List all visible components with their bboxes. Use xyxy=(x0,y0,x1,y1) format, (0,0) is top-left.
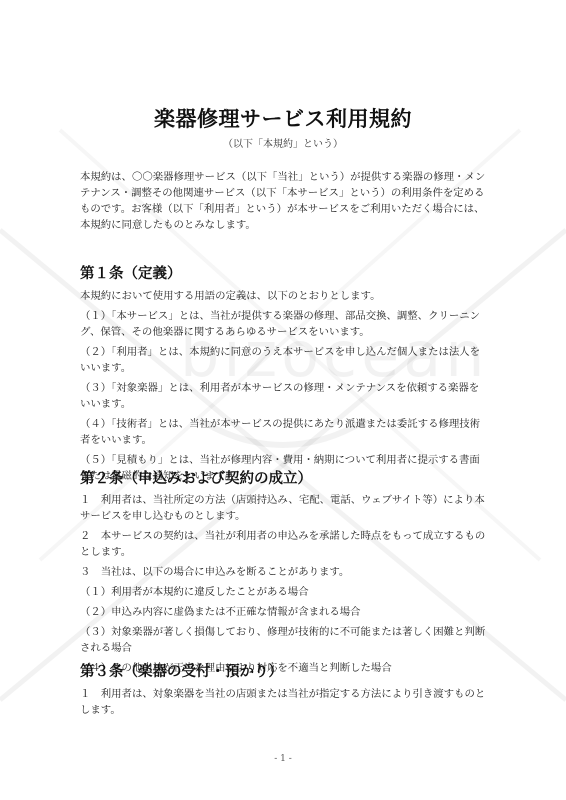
article-2-heading: 第２条（申込みおよび契約の成立） xyxy=(80,467,312,488)
article-2-item-3: ３ 当社は、以下の場合に申込みを断ることがあります。 xyxy=(80,564,486,580)
article-1-body: 本規約において使用する用語の定義は、以下のとおりとします。 （１）「本サービス」… xyxy=(80,288,486,488)
article-2-subitem-3: （３）対象楽器が著しく損傷しており、修理が技術的に不可能または著しく困難と判断さ… xyxy=(80,624,486,656)
article-2-item-1: １ 利用者は、当社所定の方法（店頭持込み、宅配、電話、ウェブサイト等）により本サ… xyxy=(80,492,486,524)
article-1-heading: 第１条（定義） xyxy=(80,262,182,283)
article-1-item-4: （４）「技術者」とは、当社が本サービスの提供にあたり派遣または委託する修理技術者… xyxy=(80,416,486,448)
intro-paragraph: 本規約は、〇〇楽器修理サービス（以下「当社」という）が提供する楽器の修理・メンテ… xyxy=(80,169,486,233)
article-2-subitem-1: （１）利用者が本規約に違反したことがある場合 xyxy=(80,584,486,600)
article-2-subitem-2: （２）申込み内容に虚偽または不正確な情報が含まれる場合 xyxy=(80,604,486,620)
article-3-heading: 第３条（楽器の受付・預かり） xyxy=(80,660,283,681)
document-title: 楽器修理サービス利用規約 xyxy=(80,103,486,133)
page-number: - 1 - xyxy=(0,754,566,764)
article-1-lead: 本規約において使用する用語の定義は、以下のとおりとします。 xyxy=(80,288,486,304)
article-2-item-2: ２ 本サービスの契約は、当社が利用者の申込みを承諾した時点をもって成立するものと… xyxy=(80,528,486,560)
article-3-item-1: １ 利用者は、対象楽器を当社の店頭または当社が指定する方法により引き渡すものとし… xyxy=(80,686,486,718)
article-2-body: １ 利用者は、当社所定の方法（店頭持込み、宅配、電話、ウェブサイト等）により本サ… xyxy=(80,492,486,680)
document-subtitle: （以下「本規約」という） xyxy=(80,135,486,150)
article-1-item-2: （２）「利用者」とは、本規約に同意のうえ本サービスを申し込んだ個人または法人をい… xyxy=(80,344,486,376)
article-1-item-1: （１）「本サービス」とは、当社が提供する楽器の修理、部品交換、調整、クリーニング… xyxy=(80,308,486,340)
article-3-body: １ 利用者は、対象楽器を当社の店頭または当社が指定する方法により引き渡すものとし… xyxy=(80,686,486,722)
article-1-item-3: （３）「対象楽器」とは、利用者が本サービスの修理・メンテナンスを依頼する楽器をい… xyxy=(80,380,486,412)
